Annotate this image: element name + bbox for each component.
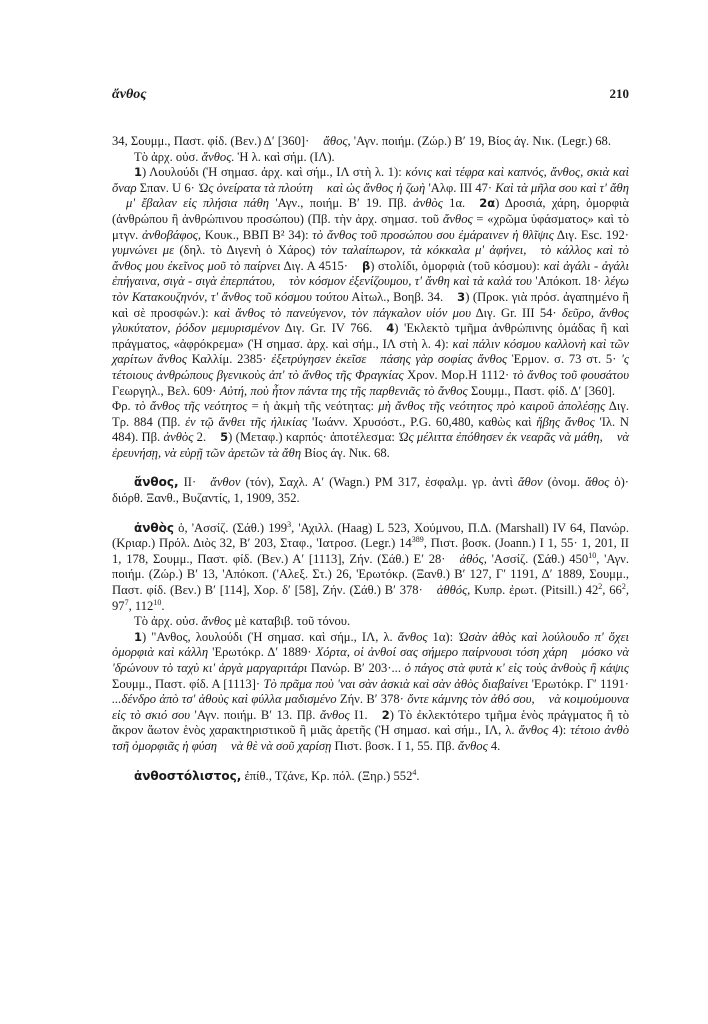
sense-number: 1 <box>134 165 142 179</box>
text-segment: 1α): <box>427 630 458 644</box>
entry-paragraph: ἀνθὸς ὁ, 'Ασσίζ. (Σάθ.) 1993, 'Αχιλλ. (H… <box>112 521 629 615</box>
text-segment: Τὸ ἀρχ. οὐσ. <box>134 614 202 628</box>
citation-text: ἀνθὸς <box>164 430 194 444</box>
text-segment: 'Ερωτόκρ. Γ′ 1191· <box>528 677 629 691</box>
text-segment: Ζήν. Β′ 378· <box>337 692 408 706</box>
citation-text: ἄθος <box>585 475 609 489</box>
citation-text: ἀνθὸς <box>413 196 443 210</box>
text-segment: = ἡ ἀκμὴ τῆς νεότητας: <box>247 399 378 413</box>
page-number: 210 <box>610 86 630 102</box>
entry-anthos-oxytone: ἀνθὸς ὁ, 'Ασσίζ. (Σάθ.) 1993, 'Αχιλλ. (H… <box>112 521 629 755</box>
citation-text: ἀθός, <box>460 552 487 566</box>
text-segment: Χρον. Μορ.Η 1112· <box>404 368 513 382</box>
text-segment: 34, Σουμμ., Παστ. φίδ. (Bεν.) Δ′ [360]· <box>112 134 309 148</box>
citation-text: πάσης γὰρ σοφίας ἄνθος <box>380 352 507 366</box>
text-segment: 4. <box>488 739 501 753</box>
citation-text: Καὶ τὰ μῆλα σου καὶ τ' ἄθη <box>495 181 629 195</box>
citation-text: Τὸ πρᾶμα ποὺ 'ναι σὰν ἀσκιὰ καὶ σὰν ἀθὸς… <box>263 677 528 691</box>
text-segment: 'Ερωτόκρ. Δ′ 1889· <box>208 645 315 659</box>
text-segment: 'Αγν. ποιήμ. Β′ 13. Πβ. <box>190 708 320 722</box>
text-segment: 'Ιωάνν. Χρυσόστ., P.G. 60,480, καθὼς καὶ <box>307 415 536 429</box>
citation-text: ἄθον <box>518 475 543 489</box>
text-segment: , 66 <box>602 583 622 597</box>
text-segment: Γεωργηλ., Βελ. 609· <box>112 384 220 398</box>
citation-text: ἄθος, <box>323 134 350 148</box>
text-segment: Πανώρ. Β′ 203·... <box>307 661 404 675</box>
citation-text: ὄντε κάμνης τὸν ἀθό σου, <box>407 692 534 706</box>
sense-number: 5 <box>220 430 228 444</box>
text-segment: Ἑρμον. σ. 73 στ. 5· <box>507 352 621 366</box>
text-segment: (τόν), Σαχλ. Α′ (Wagn.) PM 317, ἐσφαλμ. … <box>240 475 517 489</box>
text-segment: (δηλ. τὸ Διγενὴ ὁ Χάρος) <box>174 243 320 257</box>
text-segment: ἐπίθ., Τζάνε, Κρ. πόλ. (Ξηρ.) 552 <box>241 769 412 783</box>
text-segment: Ἡ λ. καὶ σήμ. (ΙΛ). <box>234 150 334 164</box>
entry-paragraph: 1) "Ανθος, λουλούδι (Ἡ σημασ. καὶ σήμ., … <box>112 630 629 755</box>
text-segment: (ὀνομ. <box>543 475 585 489</box>
citation-text: τὸ ἄνθος τῆς νεότητος <box>135 399 248 413</box>
citation-text: μ' ἔβαλαν εἰς πλήσια πάθη <box>126 196 269 210</box>
text-segment: 'Αγν., ποιήμ. Β′ 19. Πβ. <box>269 196 413 210</box>
citation-text: νὰ θὲ νὰ σοῦ χαρίσῃ <box>231 739 331 753</box>
citation-text: μὴ ἄνθος τῆς νεότητος πρὸ καιροῦ ἀπολέσῃ… <box>378 399 605 413</box>
entry-paragraph: 1) Λουλούδι (Ἡ σημασ. ἀρχ. καὶ σήμ., ΙΛ … <box>112 165 629 461</box>
lemma: ἄνθος, <box>134 475 179 489</box>
citation-text: ἄνθος <box>202 614 232 628</box>
sense-number: 1 <box>134 630 142 644</box>
text-segment: Σουμμ., Παστ. φίδ. Δ′ [360]. <box>468 384 615 398</box>
entry-paragraph: ἄνθος, ΙΙ·ἄνθον (τόν), Σαχλ. Α′ (Wagn.) … <box>112 475 629 506</box>
text-segment: Τὸ ἀρχ. οὐσ. <box>134 150 202 164</box>
citation-text: καὶ ὡς ἄνθος ἡ ζωὴ <box>327 181 425 195</box>
citation-text: Αὐτή, ποὺ ἦτον πάντα της τῆς παρθενιᾶς τ… <box>220 384 468 398</box>
citation-text: τὸν κόσμον ἐξενίζουμου, τ' ἄνθη καὶ τὰ κ… <box>289 274 532 288</box>
text-segment: Διγ. Esc. 192· <box>554 228 629 242</box>
text-segment: Διγ. Gr. ΙΙΙ 54· <box>471 306 562 320</box>
citation-text: τὸν ταλαίπωρον, τὰ κόκκαλα μ' ἀφήνει, <box>320 243 526 257</box>
citation-text: ἄνθος. <box>202 150 235 164</box>
text-segment: 'Ασσίζ. (Σάθ.) 450 <box>487 552 588 566</box>
citation-text: ἄνθος <box>458 739 488 753</box>
line-superscript: 389 <box>412 535 424 544</box>
citation-text: ἐξετρύγησεν ἐκεῖσε <box>271 352 366 366</box>
text-segment: Κυπρ. ἐρωτ. (Pitsill.) 42 <box>470 583 598 597</box>
text-segment: 'Αλφ. ΙΙΙ 47· <box>425 181 495 195</box>
text-segment: ΙΙ· <box>179 475 197 489</box>
citation-text: ἄνθος <box>398 630 428 644</box>
text-segment: Κουκ., ΒΒΠ Β² 34): <box>201 228 312 242</box>
text-segment: Καλλίμ. 2385· <box>187 352 271 366</box>
text-segment: ὁ, 'Ασσίζ. (Σάθ.) 199 <box>174 521 287 535</box>
citation-text: Ὡς μέλιττα ἐπόθησεν ἐκ νεαρᾶς νὰ μάθη, <box>398 430 603 444</box>
text-segment: . <box>161 599 164 613</box>
entry-paragraph: ἀνθοστόλιστος, ἐπίθ., Τζάνε, Κρ. πόλ. (Ξ… <box>112 769 629 785</box>
citation-text: Χόρτα, οἱ ἀνθοί σας σήμερο παίρνουσι τόσ… <box>316 645 568 659</box>
lemma: ἀνθὸς <box>134 521 174 535</box>
text-segment: , 112 <box>129 599 154 613</box>
citation-text: τὸ ἄνθος τοῦ φουσάτου <box>513 368 629 382</box>
lemma: ἀνθοστόλιστος, <box>134 769 241 783</box>
citation-text: Ὡς ὀνείρατα τὰ πλούτη <box>198 181 313 195</box>
citation-text: ὁ πάγος στὰ φυτὰ κ' εἰς τοὺς ἀνθοὺς ἢ κά… <box>405 661 629 675</box>
citation-text: ...δένδρο ἀπὸ τσ' ἀθοὺς καὶ φύλλα μαδισμ… <box>112 692 337 706</box>
sense-number: 2α <box>479 196 495 210</box>
dictionary-page: ἄνθος 210 34, Σουμμ., Παστ. φίδ. (Bεν.) … <box>112 86 629 784</box>
text-segment: Διγ. Gr. IV 766. <box>280 321 373 335</box>
text-segment: μὲ καταβιβ. τοῦ τόνου. <box>231 614 350 628</box>
text-segment: 1α. <box>443 196 465 210</box>
citation-text: τὸ ἄνθος τοῦ προσώπου σου ἐμάραινεν ἡ θλ… <box>312 228 554 242</box>
text-segment: Διγ. Α 4515· <box>281 259 348 273</box>
text-segment: ) στολίδι, ὀμορφιὰ (τοῦ κόσμου): <box>370 259 543 273</box>
text-segment: ) (Μεταφ.) καρπός· ἀποτέλεσμα: <box>228 430 398 444</box>
citation-text: ἄνθος <box>443 212 473 226</box>
citation-text: ἄνθον <box>210 475 240 489</box>
sense-number: 2 <box>382 708 390 722</box>
sense-number: 3 <box>457 290 465 304</box>
entry-paragraph: Τὸ ἀρχ. οὐσ. ἄνθος. Ἡ λ. καὶ σήμ. (ΙΛ). <box>112 150 629 166</box>
citation-text: ἐν τῷ ἄνθει τῆς ἡλικίας <box>185 415 307 429</box>
citation-text: ἀνθοβάφος, <box>142 228 201 242</box>
text-segment: 4): <box>548 723 570 737</box>
text-segment: Πιστ. βοσκ. Ι 1, 55. Πβ. <box>331 739 458 753</box>
citation-text: ἄνθος <box>320 708 350 722</box>
text-segment: Φρ. <box>112 399 135 413</box>
text-segment: 'Αγν. ποιήμ. (Ζώρ.) Β′ 19, Βίος άγ. Νικ.… <box>351 134 611 148</box>
text-segment: 2. <box>193 430 206 444</box>
text-segment: Σπαν. U 6· <box>137 181 198 195</box>
citation-text: ἥβης ἄνθος <box>536 415 594 429</box>
entry-paragraph: 34, Σουμμ., Παστ. φίδ. (Bεν.) Δ′ [360]·ἄ… <box>112 134 629 150</box>
sense-number: β <box>362 259 370 273</box>
entry-anthos-continued: 34, Σουμμ., Παστ. φίδ. (Bεν.) Δ′ [360]·ἄ… <box>112 134 629 461</box>
citation-text: ἄνθος <box>519 723 549 737</box>
entry-separator <box>112 755 629 769</box>
text-segment: . <box>416 769 419 783</box>
text-segment: Αἰτωλ., Βοηβ. 34. <box>349 290 444 304</box>
text-segment: 'Απόκοπ. 18· <box>532 274 605 288</box>
entry-anthos-II: ἄνθος, ΙΙ·ἄνθον (τόν), Σαχλ. Α′ (Wagn.) … <box>112 475 629 506</box>
line-superscript: 10 <box>588 551 596 560</box>
entry-paragraph: Τὸ ἀρχ. οὐσ. ἄνθος μὲ καταβιβ. τοῦ τόνου… <box>112 614 629 630</box>
entry-separator <box>112 507 629 521</box>
citation-text: καὶ ἄνθος τὸ πανεύγενον, τὸν πάγκαλον υἱ… <box>214 306 471 320</box>
entry-separator <box>112 461 629 475</box>
citation-text: ἀθθός, <box>437 583 471 597</box>
running-headword: ἄνθος <box>112 87 146 103</box>
text-segment: ) Λουλούδι (Ἡ σημασ. ἀρχ. καὶ σήμ., ΙΛ σ… <box>142 165 405 179</box>
text-segment: Ι1. <box>350 708 368 722</box>
text-segment: ) "Ανθος, λουλούδι (Ἡ σημασ. καὶ σήμ., Ι… <box>142 630 398 644</box>
entry-anthostolistos: ἀνθοστόλιστος, ἐπίθ., Τζάνε, Κρ. πόλ. (Ξ… <box>112 769 629 785</box>
text-segment: Σουμμ., Παστ. φίδ. Α [1113]· <box>112 677 263 691</box>
citation-text: γυμνώνει με <box>112 243 174 257</box>
running-head: ἄνθος 210 <box>112 86 629 108</box>
text-segment: Βίος άγ. Νικ. 68. <box>301 446 390 460</box>
